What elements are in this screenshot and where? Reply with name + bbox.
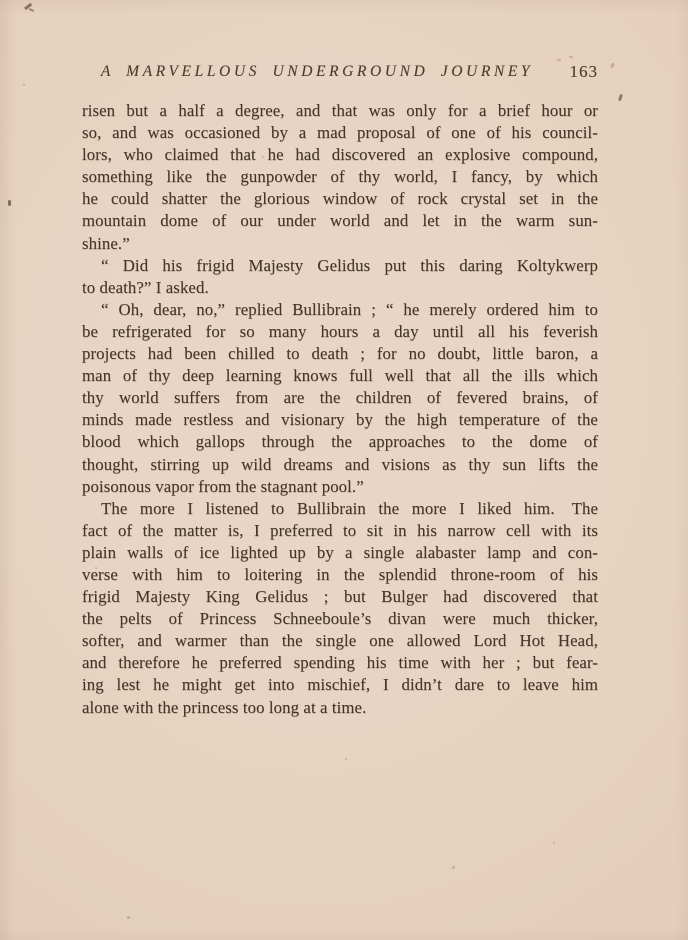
text-line: “ Oh, dear, no,” replied Bullibrain ; “ … <box>82 299 598 321</box>
text-line: ing lest he might get into mischief, I d… <box>82 674 598 696</box>
text-line: he could shatter the glorious window of … <box>82 188 598 210</box>
ink-speck <box>127 916 130 919</box>
page-number: 163 <box>570 62 599 82</box>
text-line: mountain dome of our under world and let… <box>82 210 598 232</box>
running-title: A MARVELLOUS UNDERGROUND JOURNEY <box>82 63 598 81</box>
paragraph-4: The more I listened to Bullibrain the mo… <box>82 498 598 719</box>
text-line: something like the gunpowder of thy worl… <box>82 166 598 188</box>
ink-speck <box>8 200 11 206</box>
text-line: projects had been chilled to death ; for… <box>82 343 598 365</box>
text-line: thought, stirring up wild dreams and vis… <box>82 454 598 476</box>
text-line: to death?” I asked. <box>82 277 598 299</box>
text-line: alone with the princess too long at a ti… <box>82 697 598 719</box>
paragraph-2: “ Did his frigid Majesty Gelidus put thi… <box>82 255 598 299</box>
ink-speck <box>23 84 25 86</box>
text-line: thy world suffers from are the children … <box>82 387 598 409</box>
text-line: fact of the matter is, I preferred to si… <box>82 520 598 542</box>
text-line: plain walls of ice lighted up by a singl… <box>82 542 598 564</box>
text-line: lors, who claimed that he had discovered… <box>82 144 598 166</box>
text-line: poisonous vapor from the stagnant pool.” <box>82 476 598 498</box>
text-line: be refrigerated for so many hours a day … <box>82 321 598 343</box>
ink-speck <box>553 842 555 844</box>
ink-speck <box>452 866 455 869</box>
text-line: so, and was occasioned by a mad proposal… <box>82 122 598 144</box>
paragraph-3: “ Oh, dear, no,” replied Bullibrain ; “ … <box>82 299 598 498</box>
text-line: man of thy deep learning knows full well… <box>82 365 598 387</box>
text-line: softer, and warmer than the single one a… <box>82 630 598 652</box>
text-line: the pelts of Princess Schneeboule’s diva… <box>82 608 598 630</box>
text-line: frigid Majesty King Gelidus ; but Bulger… <box>82 586 598 608</box>
text-line: shine.” <box>82 233 598 255</box>
page-body: risen but a half a degree, and that was … <box>82 100 598 719</box>
text-line: verse with him to loitering in the splen… <box>82 564 598 586</box>
text-line: risen but a half a degree, and that was … <box>82 100 598 122</box>
text-line: “ Did his frigid Majesty Gelidus put thi… <box>82 255 598 277</box>
text-line: minds made restless and visionary by the… <box>82 409 598 431</box>
ink-speck <box>345 758 347 760</box>
text-line: and therefore he preferred spending his … <box>82 652 598 674</box>
text-line: blood which gallops through the approach… <box>82 431 598 453</box>
paragraph-1: risen but a half a degree, and that was … <box>82 100 598 255</box>
page-header: A MARVELLOUS UNDERGROUND JOURNEY 163 <box>82 63 598 85</box>
text-line: The more I listened to Bullibrain the mo… <box>82 498 598 520</box>
